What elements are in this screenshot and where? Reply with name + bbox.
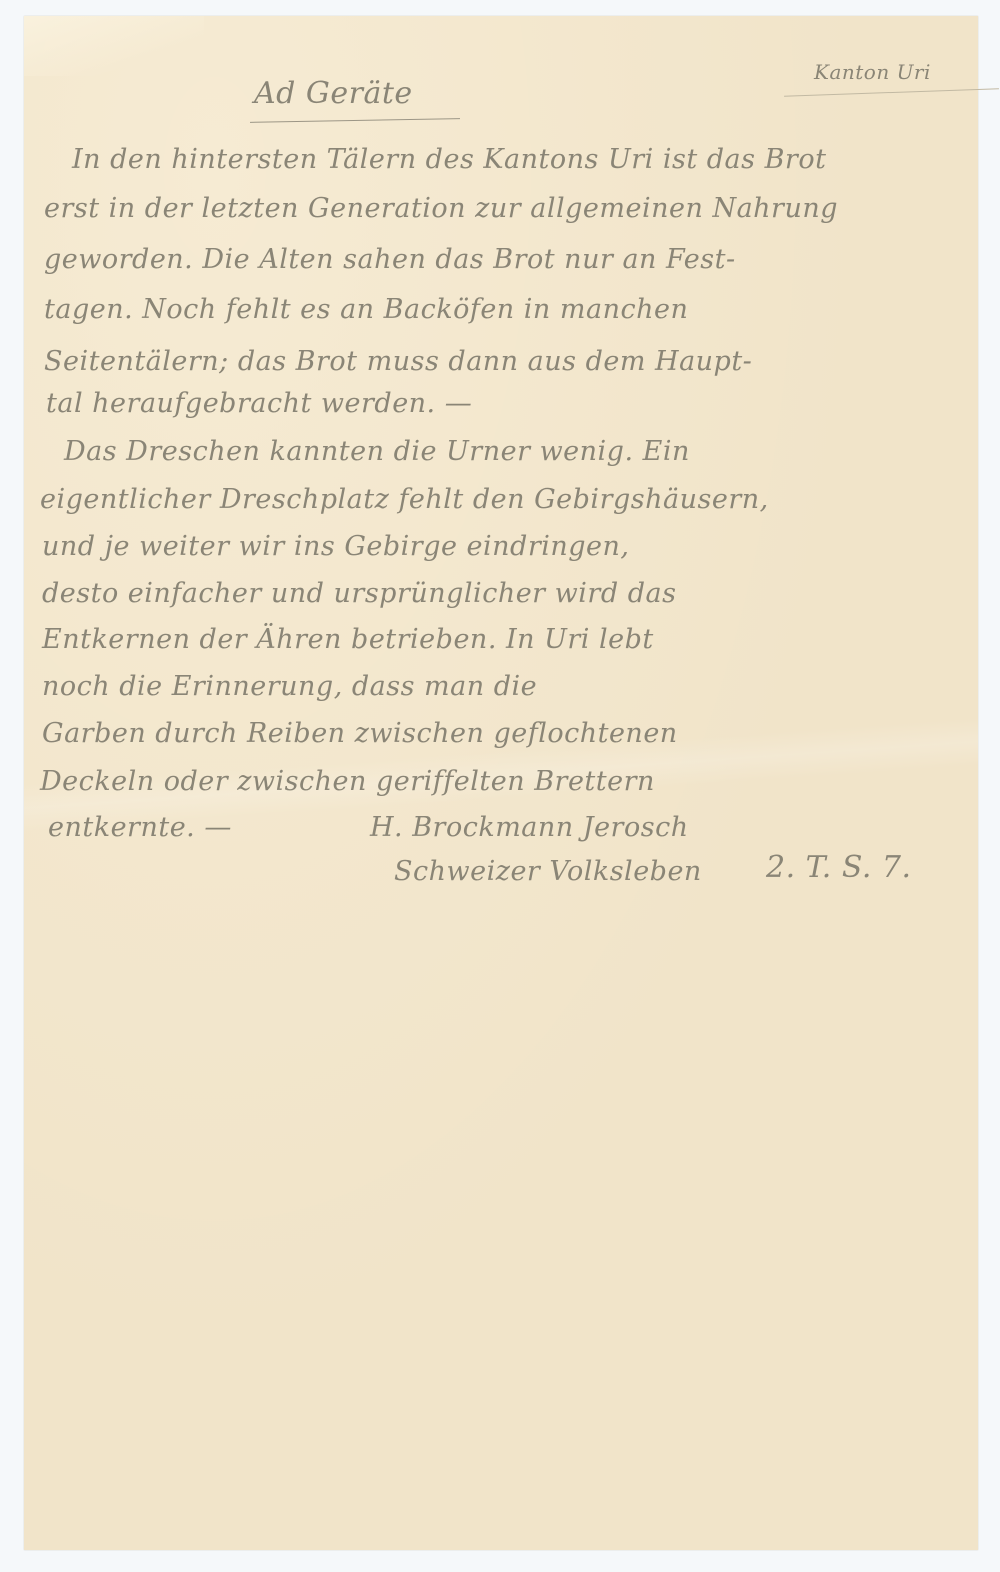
heading-underline: [250, 118, 460, 123]
body-line-12: noch die Erinnerung, dass man die: [42, 671, 537, 702]
body-line-5: Seitentälern; das Brot muss dann aus dem…: [44, 346, 752, 377]
body-line-8: eigentlicher Dreschplatz fehlt den Gebir…: [40, 484, 769, 515]
signature-reference: 2. T. S. 7.: [766, 850, 912, 885]
manuscript-page: Ad Geräte Kanton Uri In den hintersten T…: [24, 16, 978, 1550]
page-heading: Ad Geräte: [254, 76, 413, 111]
body-line-9: und je weiter wir ins Gebirge eindringen…: [42, 531, 630, 562]
body-line-4: tagen. Noch fehlt es an Backöfen in manc…: [44, 294, 688, 325]
body-line-3: geworden. Die Alten sahen das Brot nur a…: [44, 244, 736, 275]
body-line-13: Garben durch Reiben zwischen geflochtene…: [42, 718, 678, 749]
paper-fold: [24, 16, 204, 76]
body-line-11: Entkernen der Ähren betrieben. In Uri le…: [42, 624, 654, 655]
body-line-6: tal heraufgebracht werden. —: [46, 388, 472, 419]
corner-note-rule: [784, 88, 999, 97]
body-line-14: Deckeln oder zwischen geriffelten Brette…: [40, 766, 655, 797]
body-line-2: erst in der letzten Generation zur allge…: [44, 193, 838, 224]
body-line-7: Das Dreschen kannten die Urner wenig. Ei…: [64, 436, 690, 467]
body-line-10: desto einfacher und ursprünglicher wird …: [42, 578, 676, 609]
signature-name: H. Brockmann Jerosch: [370, 812, 689, 843]
corner-note: Kanton Uri: [814, 60, 931, 84]
signature-source: Schweizer Volksleben: [394, 856, 702, 887]
body-line-15: entkernte. —: [48, 812, 232, 843]
body-line-1: In den hintersten Tälern des Kantons Uri…: [72, 144, 826, 175]
